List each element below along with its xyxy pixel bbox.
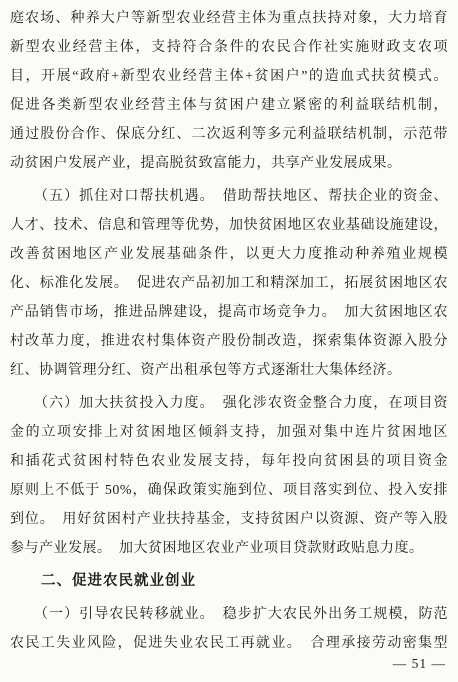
page-number: — 51 —: [393, 656, 446, 672]
text-line: 农民工失业风险，促进失业农民工再就业。 合理承接劳动密集型: [10, 629, 448, 658]
text-line: 村改革力度，推进农村集体资产股份制改造，探索集体资源入股分: [10, 327, 448, 356]
text-line: 通过股份合作、保底分红、二次返利等多元利益联结机制，示范带: [10, 120, 448, 149]
paragraph-start-line: （一）引导农民转移就业。 稳步扩大农民外出务工规模，防范: [10, 600, 448, 629]
text-line: 产品销售市场，推进品牌建设，提高市场竞争力。 加大贫困地区农: [10, 298, 448, 327]
text-line: 参与产业发展。 加大贫困地区农业产业项目贷款财政贴息力度。: [10, 534, 448, 563]
text-line: 改善贫困地区产业发展基础条件，以更大力度推动种养殖业规模: [10, 240, 448, 269]
text-line: 红、协调管理分红、资产出租承包等方式逐渐壮大集体经济。: [10, 356, 448, 385]
text-line: 金的立项安排上对贫困地区倾斜支持，加强对集中连片贫困地区: [10, 418, 448, 447]
text-line: 促进各类新型农业经营主体与贫困户建立紧密的利益联结机制，: [10, 91, 448, 120]
text-line: 新型农业经营主体，支持符合条件的农民合作社实施财政支农项: [10, 33, 448, 62]
document-page: 庭农场、种养大户等新型农业经营主体为重点扶持对象，大力培育 新型农业经营主体，支…: [0, 0, 458, 682]
text-line: 庭农场、种养大户等新型农业经营主体为重点扶持对象，大力培育: [10, 4, 448, 33]
section-heading: 二、促进农民就业创业: [10, 567, 448, 596]
text-line: 动贫困户发展产业，提高脱贫致富能力，共享产业发展成果。: [10, 149, 448, 178]
paragraph-start-line: （六）加大扶贫投入力度。 强化涉农资金整合力度，在项目资: [10, 389, 448, 418]
text-line: 和插花式贫困村特色农业发展支持，每年投向贫困县的项目资金: [10, 447, 448, 476]
text-line: 人才、技术、信息和管理等优势，加快贫困地区农业基础设施建设，: [10, 211, 448, 240]
text-line: 原则上不低于 50%，确保政策实施到位、项目落实到位、投入安排: [10, 476, 448, 505]
paragraph-start-line: （五）抓住对口帮扶机遇。 借助帮扶地区、帮扶企业的资金、: [10, 182, 448, 211]
text-line: 目，开展“政府+新型农业经营主体+贫困户”的造血式扶贫模式。: [10, 62, 448, 91]
text-line: 到位。 用好贫困村产业扶持基金，支持贫困户以资源、资产等入股: [10, 505, 448, 534]
text-line: 化、标准化发展。 促进农产品初加工和精深加工，拓展贫困地区农: [10, 269, 448, 298]
